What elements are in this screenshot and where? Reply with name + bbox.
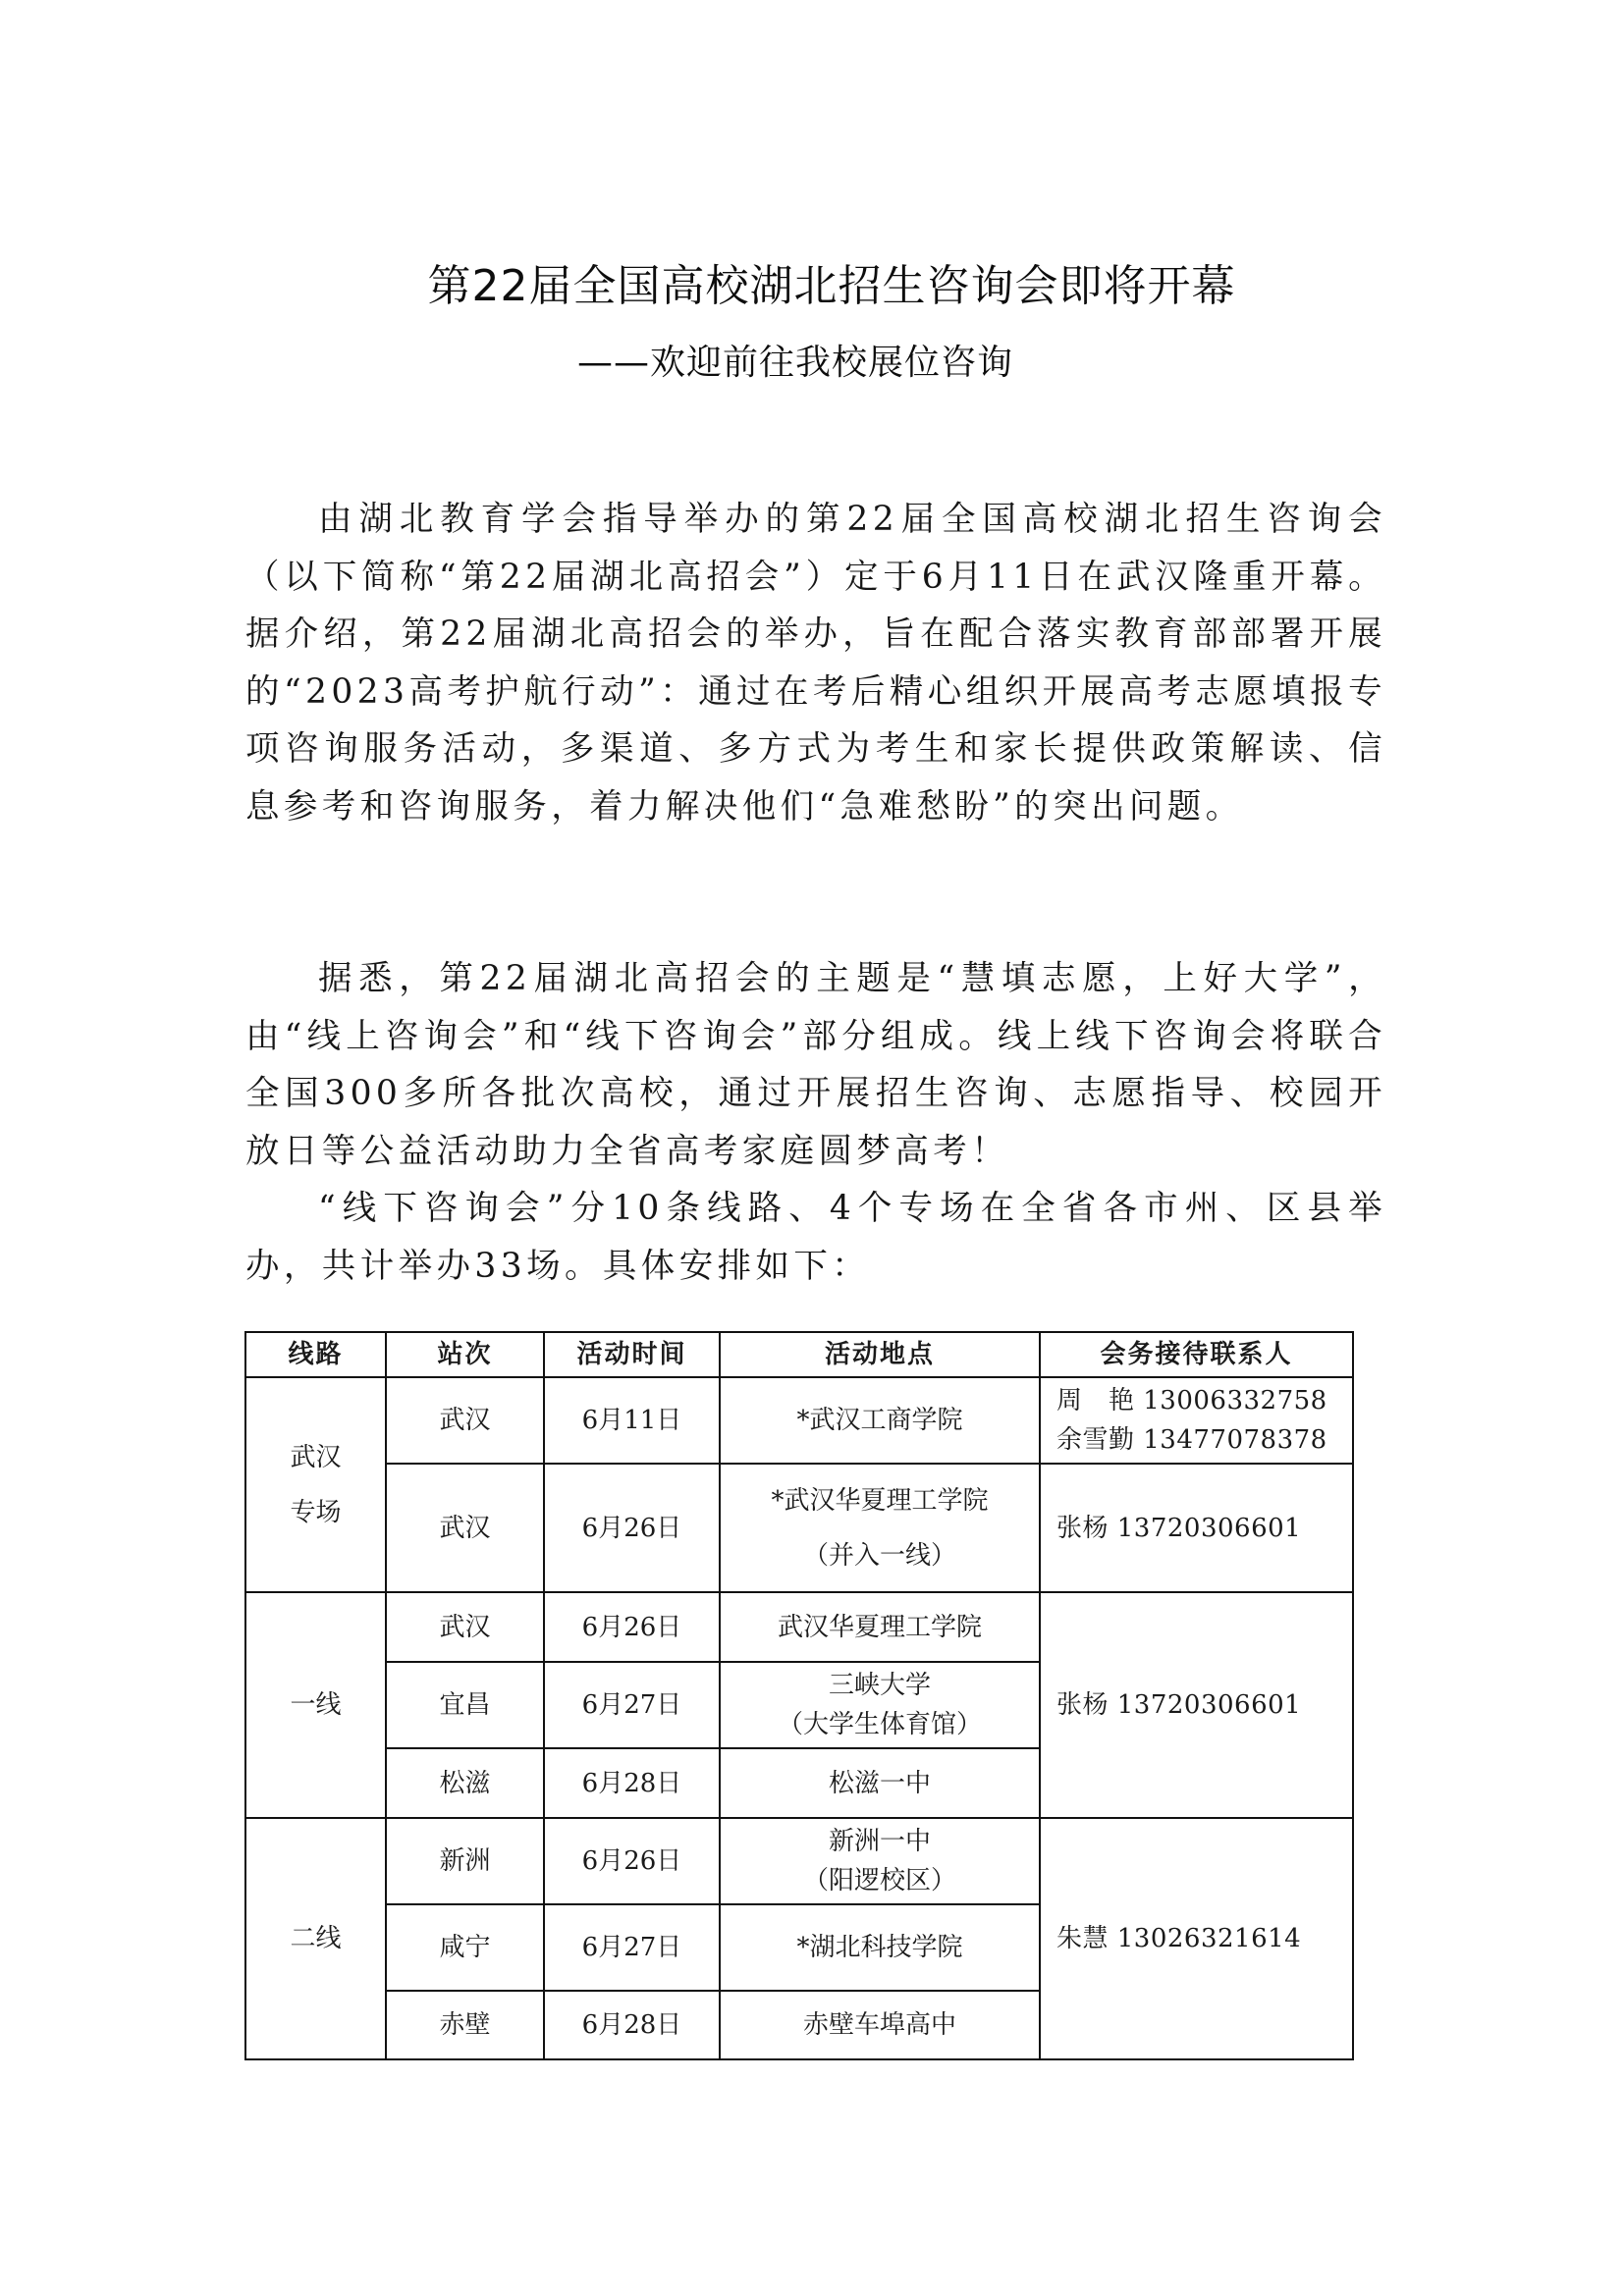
date-cell: 6月27日 <box>544 1904 720 1991</box>
header-contact: 会务接待联系人 <box>1040 1332 1353 1377</box>
venue-cell: 新洲一中 （阳逻校区） <box>720 1818 1040 1904</box>
table-row: 一线 武汉 6月26日 武汉华夏理工学院 张杨 13720306601 <box>245 1592 1353 1662</box>
header-date: 活动时间 <box>544 1332 720 1377</box>
station-cell: 武汉 <box>386 1464 544 1592</box>
table-row: 二线 新洲 6月26日 新洲一中 （阳逻校区） 朱慧 13026321614 <box>245 1818 1353 1904</box>
document-page: 第22届全国高校湖北招生咨询会即将开幕 ——欢迎前往我校展位咨询 由湖北教育学会… <box>0 0 1624 2296</box>
body-paragraph-1: 由湖北教育学会指导举办的第22届全国高校湖北招生咨询会（以下简称“第22届湖北高… <box>245 491 1386 835</box>
station-cell: 新洲 <box>386 1818 544 1904</box>
body-paragraph-3-block: “线下咨询会”分10条线路、4个专场在全省各市州、区县举办，共计举办33场。具体… <box>245 1180 1386 1295</box>
contact-cell: 朱慧 13026321614 <box>1040 1818 1353 2059</box>
body-paragraph-2: 据悉，第22届湖北高招会的主题是“慧填志愿，上好大学”，由“线上咨询会”和“线下… <box>245 950 1386 1180</box>
contact-cell: 张杨 13720306601 <box>1040 1464 1353 1592</box>
contact-cell: 张杨 13720306601 <box>1040 1592 1353 1818</box>
date-cell: 6月26日 <box>544 1818 720 1904</box>
venue-cell: 松滋一中 <box>720 1748 1040 1818</box>
header-station: 站次 <box>386 1332 544 1377</box>
station-cell: 松滋 <box>386 1748 544 1818</box>
date-cell: 6月26日 <box>544 1592 720 1662</box>
route-cell: 一线 <box>245 1592 386 1818</box>
venue-cell: 赤壁车埠高中 <box>720 1991 1040 2059</box>
header-venue: 活动地点 <box>720 1332 1040 1377</box>
station-cell: 武汉 <box>386 1377 544 1464</box>
station-cell: 咸宁 <box>386 1904 544 1991</box>
schedule-table: 线路 站次 活动时间 活动地点 会务接待联系人 武汉 专场 武汉 6月11日 *… <box>244 1331 1354 2060</box>
document-title: 第22届全国高校湖北招生咨询会即将开幕 <box>0 257 1624 316</box>
venue-cell: *武汉华夏理工学院 （并入一线） <box>720 1464 1040 1592</box>
table-header-row: 线路 站次 活动时间 活动地点 会务接待联系人 <box>245 1332 1353 1377</box>
route-cell: 武汉 专场 <box>245 1377 386 1592</box>
header-route: 线路 <box>245 1332 386 1377</box>
date-cell: 6月11日 <box>544 1377 720 1464</box>
document-subtitle: ——欢迎前往我校展位咨询 <box>577 339 1013 388</box>
date-cell: 6月28日 <box>544 1991 720 2059</box>
contact-cell: 周 艳 13006332758 余雪勤 13477078378 <box>1040 1377 1353 1464</box>
body-paragraph-3: “线下咨询会”分10条线路、4个专场在全省各市州、区县举办，共计举办33场。具体… <box>245 1180 1386 1295</box>
venue-cell: 三峡大学 （大学生体育馆） <box>720 1662 1040 1748</box>
station-cell: 赤壁 <box>386 1991 544 2059</box>
date-cell: 6月26日 <box>544 1464 720 1592</box>
station-cell: 武汉 <box>386 1592 544 1662</box>
route-cell: 二线 <box>245 1818 386 2059</box>
table-row: 武汉 6月26日 *武汉华夏理工学院 （并入一线） 张杨 13720306601 <box>245 1464 1353 1592</box>
venue-cell: *湖北科技学院 <box>720 1904 1040 1991</box>
venue-cell: *武汉工商学院 <box>720 1377 1040 1464</box>
date-cell: 6月27日 <box>544 1662 720 1748</box>
station-cell: 宜昌 <box>386 1662 544 1748</box>
date-cell: 6月28日 <box>544 1748 720 1818</box>
body-paragraph-1-block: 由湖北教育学会指导举办的第22届全国高校湖北招生咨询会（以下简称“第22届湖北高… <box>245 491 1386 835</box>
body-paragraph-2-block: 据悉，第22届湖北高招会的主题是“慧填志愿，上好大学”，由“线上咨询会”和“线下… <box>245 950 1386 1180</box>
venue-cell: 武汉华夏理工学院 <box>720 1592 1040 1662</box>
table-row: 武汉 专场 武汉 6月11日 *武汉工商学院 周 艳 13006332758 余… <box>245 1377 1353 1464</box>
